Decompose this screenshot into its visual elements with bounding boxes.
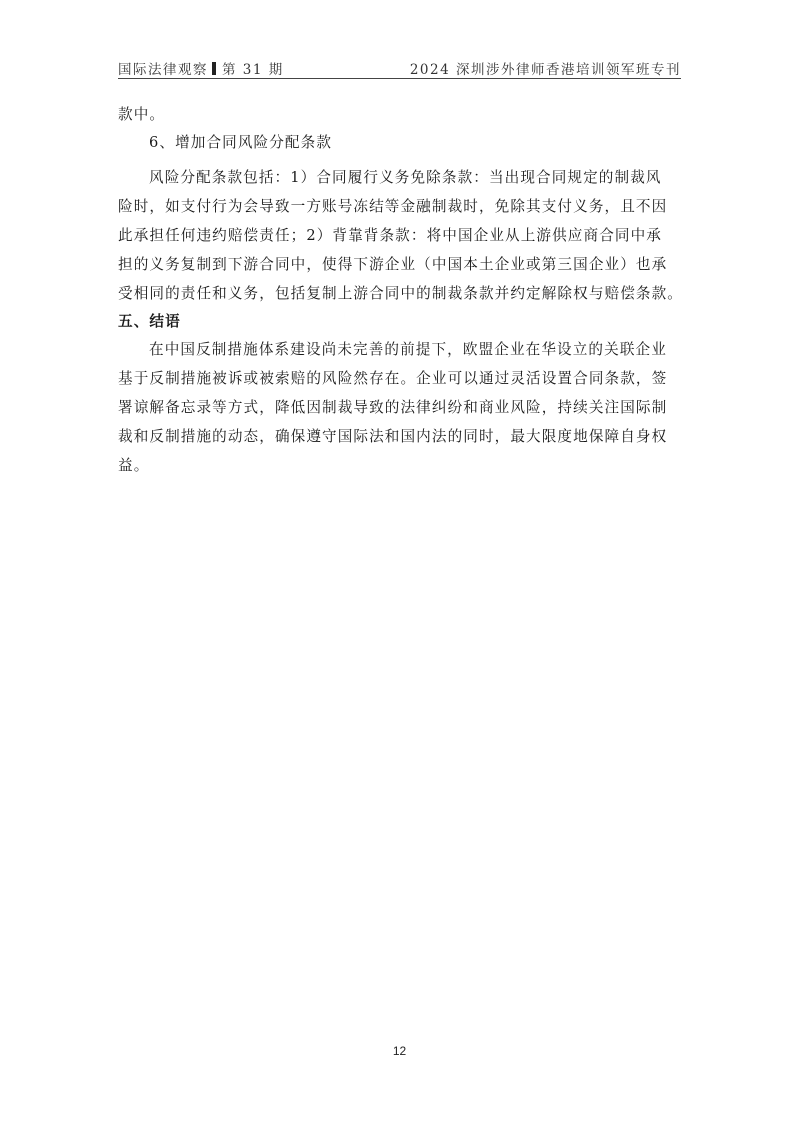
header-left: 国际法律观察第 31 期 bbox=[118, 58, 284, 78]
paragraph-line: 基于反制措施被诉或被索赔的风险然存在。企业可以通过灵活设置合同条款，签 bbox=[118, 364, 681, 393]
paragraph-line: 益。 bbox=[118, 451, 681, 480]
journal-title: 国际法律观察 bbox=[118, 62, 208, 78]
paragraph-line: 署谅解备忘录等方式，降低因制裁导致的法律纠纷和商业风险，持续关注国际制 bbox=[118, 393, 681, 422]
separator-bar bbox=[212, 62, 216, 75]
issue-number: 第 31 期 bbox=[222, 62, 284, 78]
paragraph-line: 裁和反制措施的动态，确保遵守国际法和国内法的同时，最大限度地保障自身权 bbox=[118, 422, 681, 451]
paragraph-line: 在中国反制措施体系建设尚未完善的前提下，欧盟企业在华设立的关联企业 bbox=[118, 335, 681, 364]
document-body: 款中。 6、增加合同风险分配条款 风险分配条款包括：1）合同履行义务免除条款：当… bbox=[118, 100, 681, 480]
page-number: 12 bbox=[0, 1044, 799, 1058]
subsection-heading: 6、增加合同风险分配条款 bbox=[118, 129, 681, 156]
running-header: 国际法律观察第 31 期 2024 深圳涉外律师香港培训领军班专刊 bbox=[118, 58, 681, 79]
paragraph-line: 风险分配条款包括：1）合同履行义务免除条款：当出现合同规定的制裁风 bbox=[118, 163, 681, 192]
paragraph-line: 险时，如支付行为会导致一方账号冻结等金融制裁时，免除其支付义务，且不因 bbox=[118, 192, 681, 221]
special-edition-title: 2024 深圳涉外律师香港培训领军班专刊 bbox=[410, 58, 681, 78]
paragraph-line: 此承担任何违约赔偿责任；2）背靠背条款：将中国企业从上游供应商合同中承 bbox=[118, 221, 681, 250]
paragraph-continuation: 款中。 bbox=[118, 100, 681, 129]
section-heading: 五、结语 bbox=[118, 308, 681, 335]
paragraph-line: 受相同的责任和义务，包括复制上游合同中的制裁条款并约定解除权与赔偿条款。 bbox=[118, 279, 681, 308]
paragraph-line: 担的义务复制到下游合同中，使得下游企业（中国本土企业或第三国企业）也承 bbox=[118, 250, 681, 279]
